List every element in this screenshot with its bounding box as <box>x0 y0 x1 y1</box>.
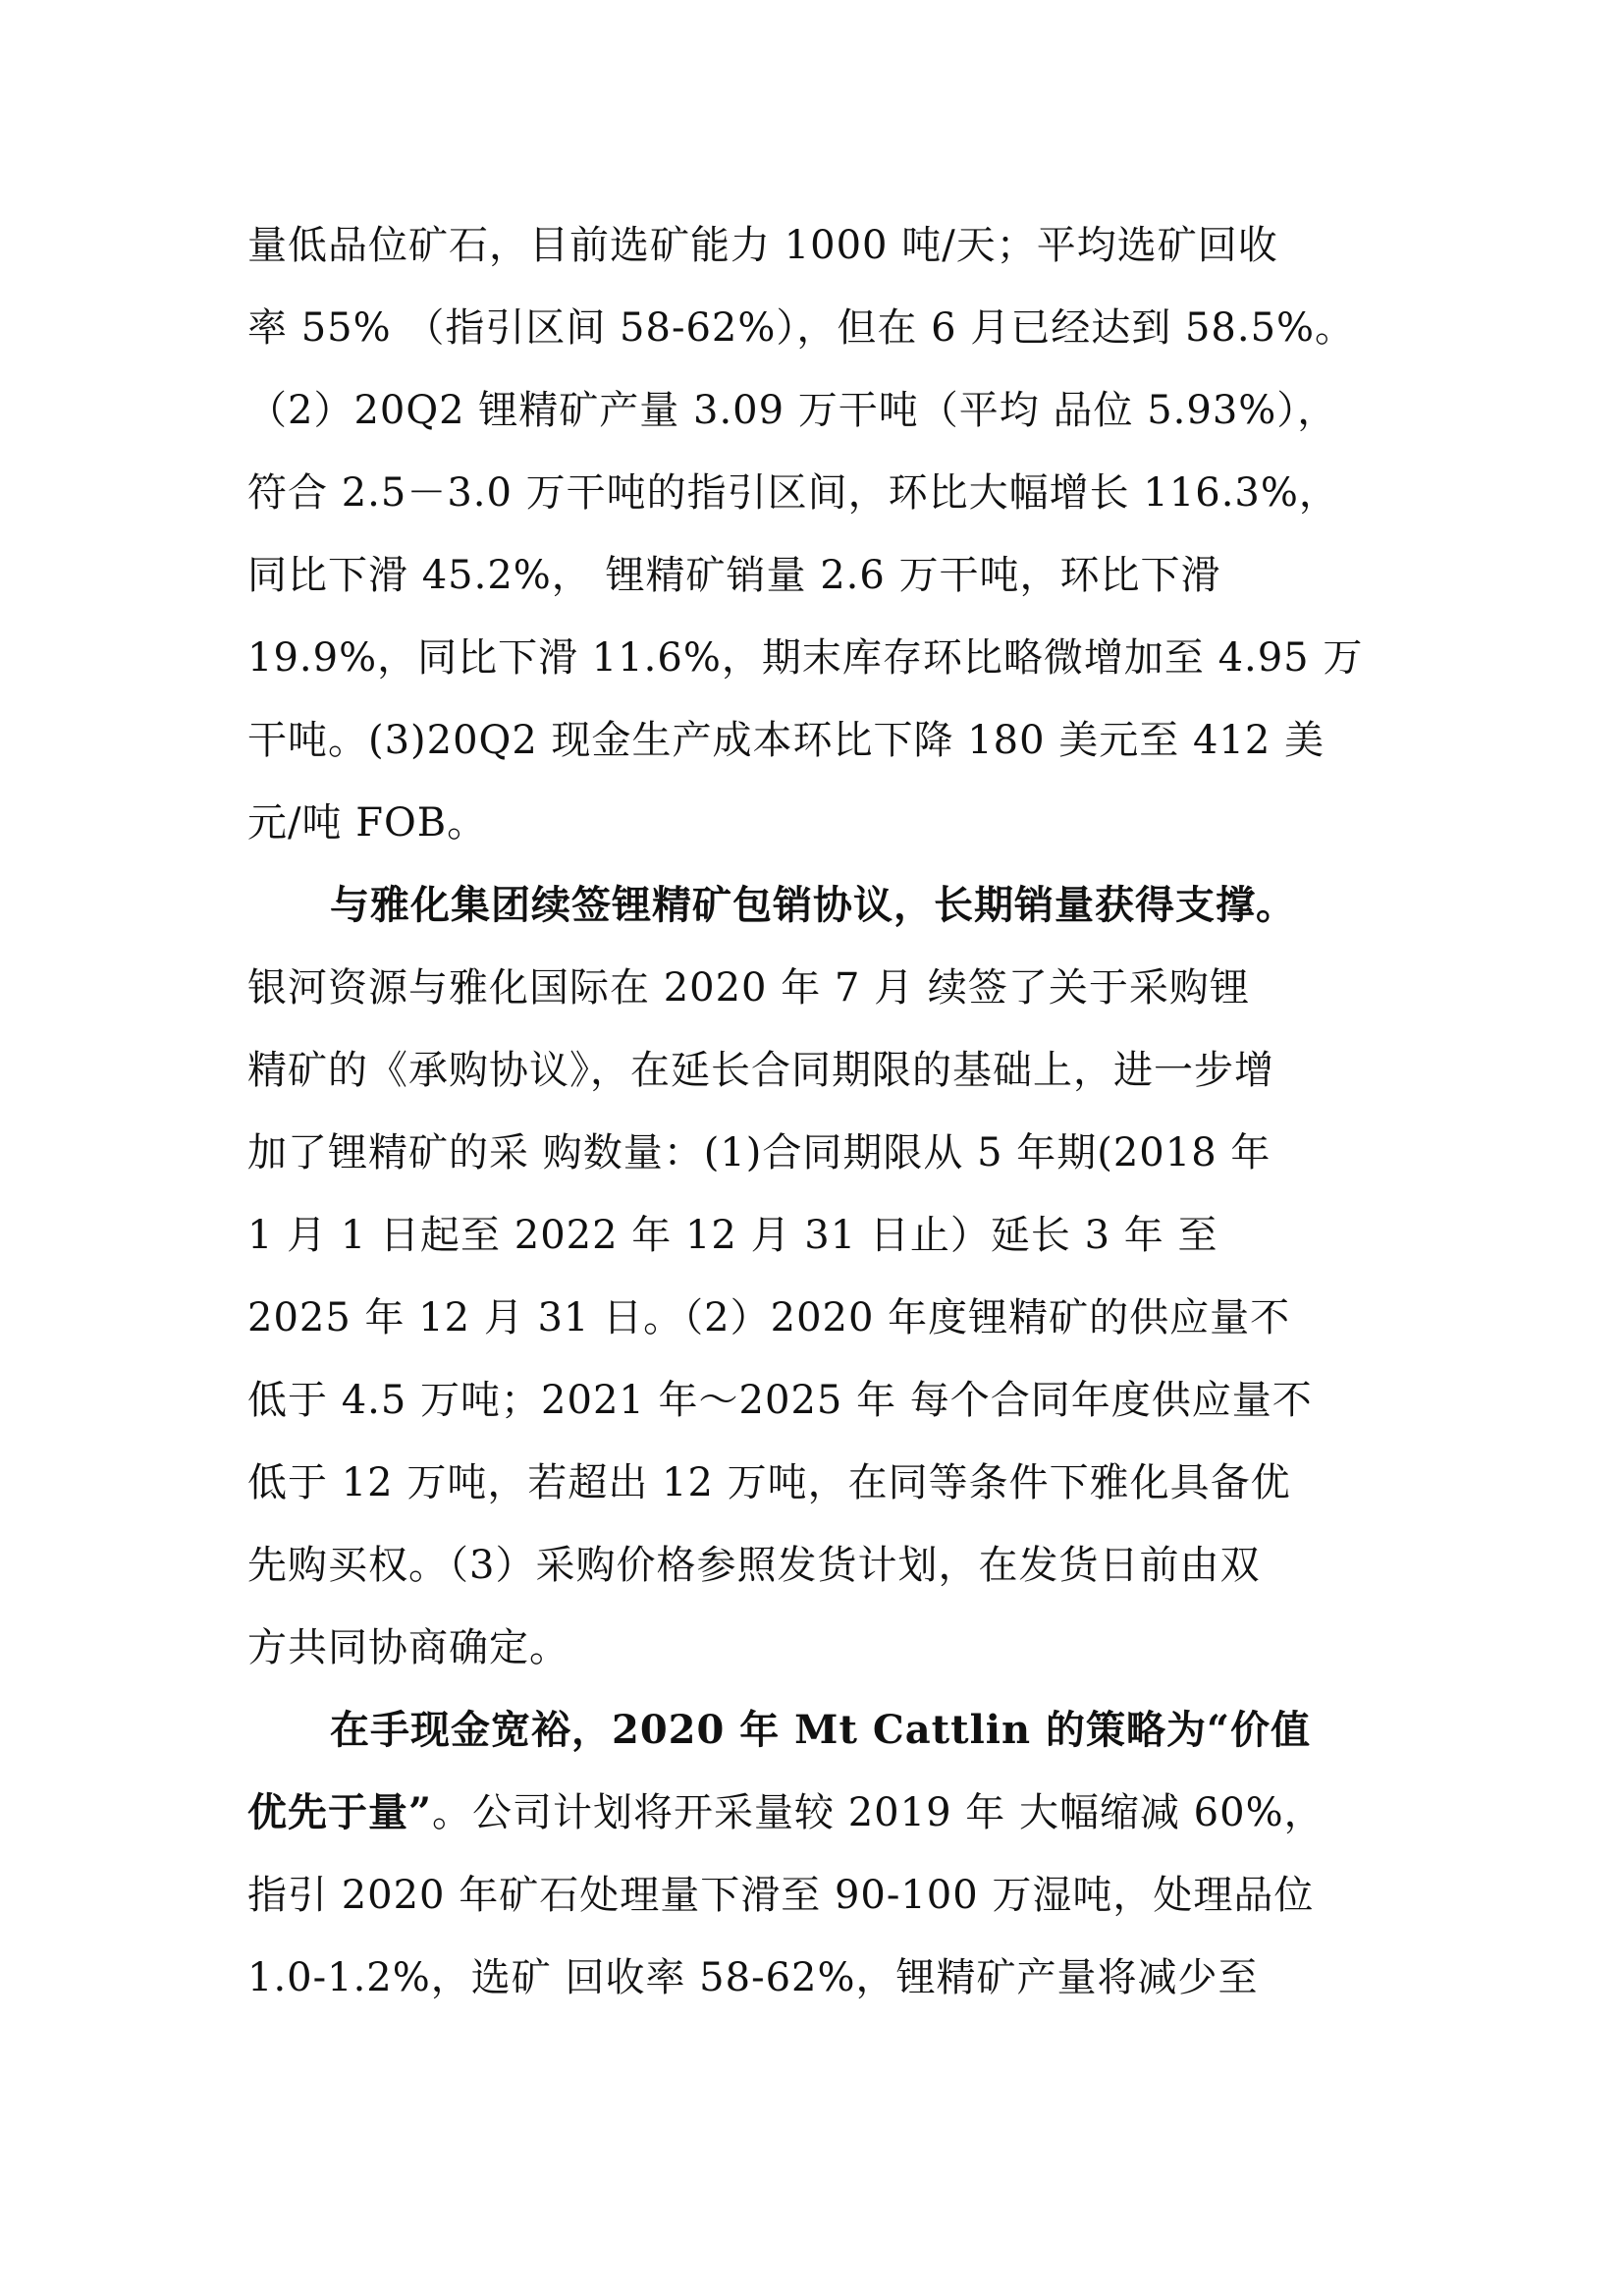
body-text: 量低品位矿石，目前选矿能力 1000 吨/天；平均选矿回收 率 55% （指引区… <box>247 204 1485 2019</box>
text-line: （2）20Q2 锂精矿产量 3.09 万干吨（平均 品位 5.93%）， <box>247 369 1485 452</box>
text-line: 低于 12 万吨，若超出 12 万吨，在同等条件下雅化具备优 <box>247 1442 1485 1524</box>
paragraph-production-summary: 量低品位矿石，目前选矿能力 1000 吨/天；平均选矿回收 率 55% （指引区… <box>247 204 1485 864</box>
text-line: 加了锂精矿的采 购数量：(1)合同期限从 5 年期(2018 年 <box>247 1112 1485 1194</box>
text-line: 干吨。(3)20Q2 现金生产成本环比下降 180 美元至 412 美 <box>247 699 1485 782</box>
paragraph-heading: 在手现金宽裕，2020 年 Mt Cattlin 的策略为“价值 <box>247 1689 1485 1772</box>
text-line: 1.0-1.2%，选矿 回收率 58-62%，锂精矿产量将减少至 <box>247 1937 1485 2019</box>
text-span: 。公司计划将开采量较 2019 年 大幅缩减 60%， <box>432 1790 1325 1835</box>
text-line: 先购买权。（3）采购价格参照发货计划，在发货日前由双 <box>247 1524 1485 1607</box>
text-line: 低于 4.5 万吨；2021 年～2025 年 每个合同年度供应量不 <box>247 1359 1485 1442</box>
text-line: 元/吨 FOB。 <box>247 782 1485 864</box>
text-line: 指引 2020 年矿石处理量下滑至 90-100 万湿吨，处理品位 <box>247 1854 1485 1937</box>
text-line: 银河资源与雅化国际在 2020 年 7 月 续签了关于采购锂 <box>247 947 1485 1029</box>
text-line: 精矿的《承购协议》，在延长合同期限的基础上，进一步增 <box>247 1029 1485 1112</box>
paragraph-yahua-agreement: 与雅化集团续签锂精矿包销协议，长期销量获得支撑。 银河资源与雅化国际在 2020… <box>247 864 1485 1689</box>
text-line: 同比下滑 45.2%， 锂精矿销量 2.6 万干吨，环比下滑 <box>247 534 1485 617</box>
text-line: 率 55% （指引区间 58-62%），但在 6 月已经达到 58.5%。 <box>247 287 1485 369</box>
document-page: 量低品位矿石，目前选矿能力 1000 吨/天；平均选矿回收 率 55% （指引区… <box>0 0 1623 2296</box>
text-line: 优先于量”。公司计划将开采量较 2019 年 大幅缩减 60%， <box>247 1772 1485 1854</box>
paragraph-heading-continued: 优先于量” <box>247 1789 432 1835</box>
text-line: 量低品位矿石，目前选矿能力 1000 吨/天；平均选矿回收 <box>247 204 1485 287</box>
text-line: 19.9%，同比下滑 11.6%，期末库存环比略微增加至 4.95 万 <box>247 617 1485 699</box>
text-line: 方共同协商确定。 <box>247 1607 1485 1689</box>
paragraph-mt-cattlin-strategy: 在手现金宽裕，2020 年 Mt Cattlin 的策略为“价值 优先于量”。公… <box>247 1689 1485 2019</box>
text-line: 1 月 1 日起至 2022 年 12 月 31 日止）延长 3 年 至 <box>247 1194 1485 1277</box>
paragraph-heading: 与雅化集团续签锂精矿包销协议，长期销量获得支撑。 <box>247 864 1485 947</box>
text-line: 符合 2.5－3.0 万干吨的指引区间，环比大幅增长 116.3%， <box>247 452 1485 534</box>
text-line: 2025 年 12 月 31 日。（2）2020 年度锂精矿的供应量不 <box>247 1277 1485 1359</box>
